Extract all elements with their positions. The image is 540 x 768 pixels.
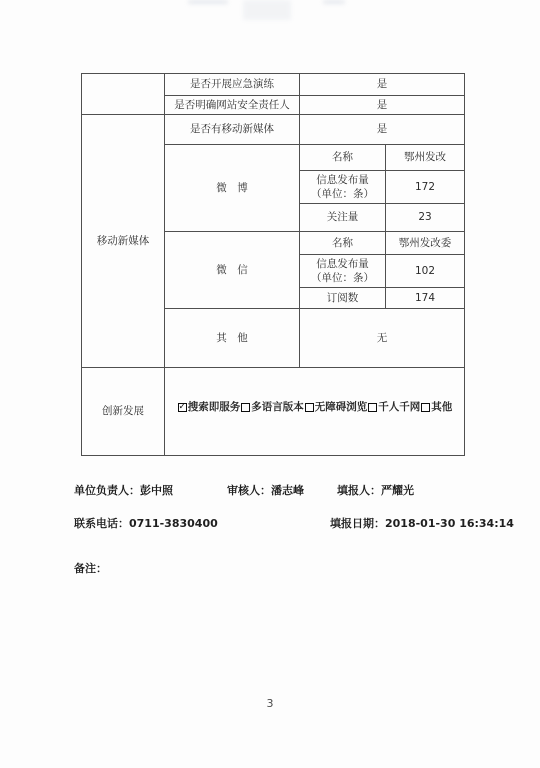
innovation-options-cell: ✓搜索即服务 多语言版本 无障碍浏览 千人千网 其他 (165, 368, 465, 456)
wechat-name-label: 名称 (300, 232, 386, 255)
innovation-option-label: 多语言版本 (251, 400, 304, 414)
innovation-option: 无障碍浏览 (304, 400, 368, 414)
mobile-media-section-label: 移动新媒体 (82, 115, 165, 368)
innovation-option: 千人千网 (367, 400, 420, 414)
weibo-posts-value: 172 (386, 171, 465, 204)
other-media-value: 无 (300, 309, 465, 368)
scan-smudge (188, 0, 228, 4)
has-mobile-media-label: 是否有移动新媒体 (165, 115, 300, 145)
innovation-label: 创新发展 (82, 368, 165, 456)
wechat-posts-label-line2: （单位：条） (300, 271, 385, 285)
phone-label: 联系电话： (74, 517, 129, 530)
checkbox-unchecked-icon (305, 403, 314, 412)
weibo-followers-value: 23 (386, 204, 465, 232)
phone-number: 0711-3830400 (129, 517, 218, 530)
wechat-posts-label-line1: 信息发布量 (300, 257, 385, 271)
checkbox-unchecked-icon (421, 403, 430, 412)
weibo-followers-label: 关注量 (300, 204, 386, 232)
has-mobile-media-value: 是 (300, 115, 465, 145)
scan-smudge (323, 0, 345, 4)
unit-head-label: 单位负责人： (74, 484, 140, 497)
innovation-option: 多语言版本 (240, 400, 304, 414)
date-label: 填报日期： (330, 517, 385, 530)
weibo-label: 微 博 (165, 145, 300, 232)
filler-line: 填报人：严耀光 (337, 482, 414, 498)
weibo-posts-label-line2: （单位：条） (300, 187, 385, 201)
unit-head-name: 彭中照 (140, 484, 173, 497)
page-number: 3 (0, 697, 540, 710)
weibo-name-value: 鄂州发改 (386, 145, 465, 171)
scan-smudge (243, 0, 291, 20)
innovation-option-label: 千人千网 (378, 400, 420, 414)
unit-head-line: 单位负责人：彭中照 (74, 482, 173, 498)
phone-line: 联系电话：0711-3830400 (74, 515, 218, 531)
wechat-posts-label: 信息发布量 （单位：条） (300, 255, 386, 288)
innovation-options-row: ✓搜索即服务 多语言版本 无障碍浏览 千人千网 其他 (165, 400, 464, 414)
weibo-posts-label-line1: 信息发布量 (300, 173, 385, 187)
wechat-subscribers-value: 174 (386, 288, 465, 309)
wechat-subscribers-label: 订阅数 (300, 288, 386, 309)
checkmark-glyph: ✓ (178, 403, 186, 412)
security-officer-value: 是 (300, 96, 465, 115)
remarks-line: 备注： (74, 560, 107, 576)
weibo-posts-label: 信息发布量 （单位：条） (300, 171, 386, 204)
weibo-name-label: 名称 (300, 145, 386, 171)
checkbox-unchecked-icon (368, 403, 377, 412)
remarks-label: 备注： (74, 562, 107, 575)
wechat-label: 微 信 (165, 232, 300, 309)
innovation-option: 其他 (420, 400, 452, 414)
reviewer-label: 审核人： (227, 484, 271, 497)
checkbox-unchecked-icon (241, 403, 250, 412)
date-line: 填报日期：2018-01-30 16:34:14 (330, 515, 514, 531)
filler-label: 填报人： (337, 484, 381, 497)
date-value: 2018-01-30 16:34:14 (385, 517, 514, 530)
report-table: 是否开展应急演练 是 是否明确网站安全责任人 是 移动新媒体 是否有移动新媒体 … (81, 73, 465, 456)
innovation-option-label: 无障碍浏览 (315, 400, 368, 414)
emergency-drill-label: 是否开展应急演练 (165, 74, 300, 96)
other-media-label: 其 他 (165, 309, 300, 368)
innovation-option-label: 其他 (431, 400, 452, 414)
innovation-option-label: 搜索即服务 (188, 400, 241, 414)
reviewer-line: 审核人：潘志峰 (227, 482, 304, 498)
wechat-name-value: 鄂州发改委 (386, 232, 465, 255)
checkbox-checked-icon: ✓ (178, 403, 187, 412)
reviewer-name: 潘志峰 (271, 484, 304, 497)
filler-name: 严耀光 (381, 484, 414, 497)
emergency-drill-value: 是 (300, 74, 465, 96)
innovation-option: ✓搜索即服务 (177, 400, 241, 414)
wechat-posts-value: 102 (386, 255, 465, 288)
empty-section-cell (82, 74, 165, 115)
security-officer-label: 是否明确网站安全责任人 (165, 96, 300, 115)
